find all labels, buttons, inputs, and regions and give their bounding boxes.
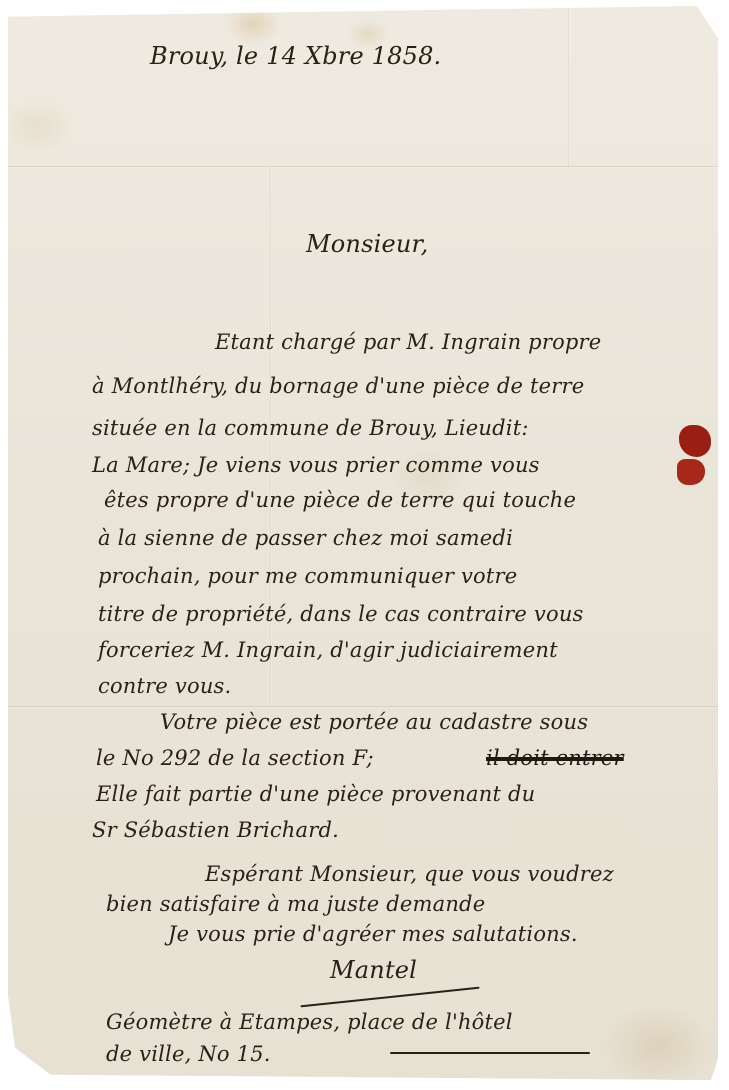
closing-line: Je vous prie d'agréer mes salutations.	[168, 924, 578, 945]
body-line: La Mare; Je viens vous prier comme vous	[92, 455, 540, 476]
body-line: à la sienne de passer chez moi samedi	[98, 528, 513, 549]
salutation: Monsieur,	[306, 232, 428, 256]
body-line: Etant chargé par M. Ingrain propre	[215, 332, 601, 353]
struck-out-text: il doit entrer	[486, 748, 624, 769]
dateline: Brouy, le 14 Xbre 1858.	[150, 44, 441, 68]
body-line: à Montlhéry, du bornage d'une pièce de t…	[92, 376, 584, 397]
fold-line-horizontal-1	[8, 166, 718, 168]
body-line: située en la commune de Brouy, Lieudit:	[92, 418, 529, 439]
body-line: Elle fait partie d'une pièce provenant d…	[96, 784, 535, 805]
closing-line: bien satisfaire à ma juste demande	[106, 894, 485, 915]
signature: Mantel	[330, 958, 417, 982]
closing-line: Espérant Monsieur, que vous voudrez	[205, 864, 614, 885]
body-line: êtes propre d'une pièce de terre qui tou…	[104, 490, 576, 511]
footer-underline	[390, 1052, 590, 1054]
footer-address-line2: de ville, No 15.	[106, 1044, 271, 1065]
body-line: Sr Sébastien Brichard.	[92, 820, 339, 841]
body-line: prochain, pour me communiquer votre	[98, 566, 517, 587]
wax-seal-bottom	[677, 459, 705, 485]
body-line: le No 292 de la section F;	[96, 748, 374, 769]
body-line: forceriez M. Ingrain, d'agir judiciairem…	[98, 640, 558, 661]
fold-line-vertical-2	[568, 6, 570, 166]
fold-line-horizontal-2	[8, 706, 718, 708]
wax-seal-remnant	[675, 425, 709, 495]
wax-seal-top	[679, 425, 711, 457]
footer-address-line1: Géomètre à Etampes, place de l'hôtel	[106, 1012, 513, 1033]
body-line: Votre pièce est portée au cadastre sous	[160, 712, 588, 733]
body-line: titre de propriété, dans le cas contrair…	[98, 604, 584, 625]
body-line: contre vous.	[98, 676, 231, 697]
